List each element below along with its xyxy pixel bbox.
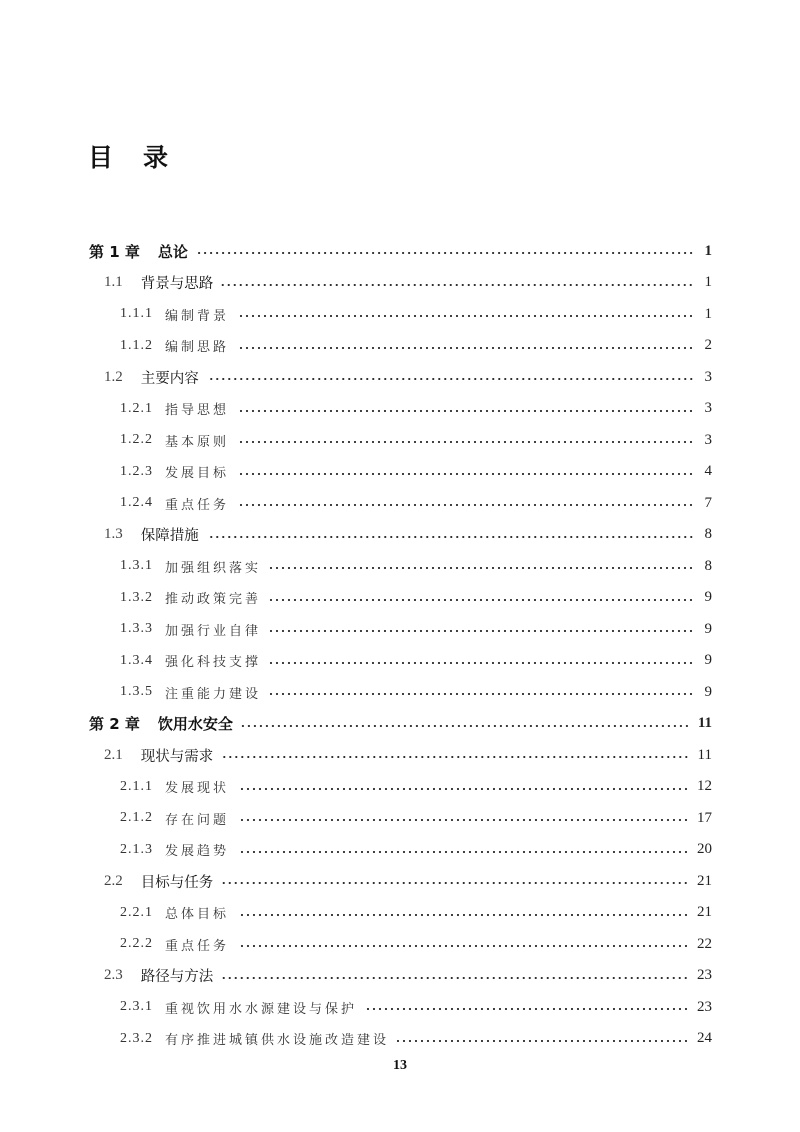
toc-number: 1.2.3 (120, 464, 153, 480)
toc-label: 基本原则 (165, 431, 229, 450)
toc-page: 7 (702, 495, 712, 512)
toc-entry-1-1[interactable]: 1.1背景与思路1 (104, 268, 712, 298)
dot-leader (241, 725, 690, 727)
dot-leader (269, 693, 694, 695)
toc-page: 8 (702, 558, 712, 575)
toc-number: 2.2.2 (120, 936, 153, 952)
toc-label: 重点任务 (165, 935, 229, 954)
toc-page: 4 (702, 463, 712, 480)
toc-number: 第 1 章 (89, 241, 140, 262)
toc-entry-2-1-2[interactable]: 2.1.2存在问题17 (120, 803, 712, 833)
toc-label: 重视饮用水水源建设与保护 (165, 998, 357, 1017)
toc-number: 1.1 (104, 274, 123, 291)
toc-label: 编制思路 (165, 336, 229, 355)
toc-number: 2.2.1 (120, 905, 153, 921)
toc-number: 1.3.4 (120, 653, 153, 669)
dot-leader (269, 662, 694, 664)
toc-page: 3 (702, 400, 712, 417)
toc-page: 8 (702, 526, 712, 543)
toc-number: 1.2.1 (120, 401, 153, 417)
toc-page: 20 (697, 841, 712, 858)
toc-label: 推动政策完善 (165, 588, 261, 607)
title-char-1: 目 (88, 138, 113, 174)
toc-label: 编制背景 (165, 305, 229, 324)
toc-number: 2.1.2 (120, 810, 153, 826)
toc-number: 1.3 (104, 526, 123, 543)
toc-label: 主要内容 (141, 367, 199, 388)
toc-number: 1.2.2 (120, 432, 153, 448)
dot-leader (237, 410, 694, 412)
dot-leader (207, 536, 694, 538)
toc-label: 加强组织落实 (165, 557, 261, 576)
toc-label: 有序推进城镇供水设施改造建设 (165, 1029, 389, 1048)
toc-page: 1 (702, 306, 712, 323)
toc-entry-2-3-1[interactable]: 2.3.1重视饮用水水源建设与保护23 (120, 992, 712, 1022)
toc-page: 24 (697, 1030, 712, 1047)
toc-number: 2.3.2 (120, 1031, 153, 1047)
toc-page: 9 (702, 621, 712, 638)
toc-entry-2-2-2[interactable]: 2.2.2重点任务22 (120, 929, 712, 959)
toc-number: 1.1.1 (120, 306, 153, 322)
toc-entry-1-3-4[interactable]: 1.3.4强化科技支撑9 (120, 646, 712, 676)
toc-number: 2.2 (104, 873, 123, 890)
toc-number: 1.2.4 (120, 495, 153, 511)
toc-label: 总体目标 (165, 903, 229, 922)
dot-leader (221, 284, 694, 286)
toc-entry-2-1-1[interactable]: 2.1.1发展现状12 (120, 772, 712, 802)
dot-leader (221, 977, 689, 979)
dot-leader (221, 756, 689, 758)
page-number: 13 (0, 1058, 800, 1074)
title-char-2: 录 (143, 138, 168, 174)
toc-label: 存在问题 (165, 809, 229, 828)
toc-page: 22 (697, 936, 712, 953)
toc-number: 1.1.2 (120, 338, 153, 354)
dot-leader (269, 567, 694, 569)
dot-leader (196, 252, 694, 254)
toc-number: 1.3.5 (120, 684, 153, 700)
toc-page: 9 (702, 652, 712, 669)
dot-leader (237, 504, 694, 506)
toc-entry-1-3-1[interactable]: 1.3.1加强组织落实8 (120, 551, 712, 581)
toc-entry-1-3[interactable]: 1.3保障措施8 (104, 520, 712, 550)
toc-entry-2-2[interactable]: 2.2目标与任务21 (104, 866, 712, 896)
toc-label: 总论 (158, 241, 188, 262)
toc-page: 23 (697, 967, 712, 984)
toc-page: 9 (702, 589, 712, 606)
toc-entry-chapter-1[interactable]: 第 1 章总论1 (89, 236, 712, 266)
page-title: 目录 (88, 138, 168, 174)
toc-page: 9 (702, 684, 712, 701)
toc-entry-1-3-5[interactable]: 1.3.5注重能力建设9 (120, 677, 712, 707)
dot-leader (237, 441, 694, 443)
toc-page: 3 (702, 432, 712, 449)
toc-entry-1-2[interactable]: 1.2主要内容3 (104, 362, 712, 392)
toc-page: 11 (698, 747, 712, 764)
dot-leader (237, 819, 689, 821)
dot-leader (237, 315, 694, 317)
toc-number: 2.3.1 (120, 999, 153, 1015)
toc-page: 12 (697, 778, 712, 795)
toc-page: 21 (697, 873, 712, 890)
toc-label: 目标与任务 (141, 871, 214, 892)
toc-number: 2.1.3 (120, 842, 153, 858)
toc-label: 饮用水安全 (158, 713, 233, 734)
dot-leader (207, 378, 694, 380)
toc-page: 21 (697, 904, 712, 921)
toc-number: 2.1 (104, 747, 123, 764)
toc-label: 现状与需求 (141, 745, 214, 766)
dot-leader (237, 945, 689, 947)
toc-entry-2-1-3[interactable]: 2.1.3发展趋势20 (120, 835, 712, 865)
toc-label: 发展现状 (165, 777, 229, 796)
toc-entry-1-2-4[interactable]: 1.2.4重点任务7 (120, 488, 712, 518)
toc-page: 11 (698, 715, 712, 732)
toc-number: 1.3.3 (120, 621, 153, 637)
toc-number: 2.3 (104, 967, 123, 984)
dot-leader (237, 347, 694, 349)
toc-entry-chapter-2[interactable]: 第 2 章饮用水安全11 (89, 709, 712, 739)
toc-entry-1-2-1[interactable]: 1.2.1指导思想3 (120, 394, 712, 424)
toc-number: 1.3.2 (120, 590, 153, 606)
toc-label: 路径与方法 (141, 965, 214, 986)
toc-label: 强化科技支撑 (165, 651, 261, 670)
toc-label: 保障措施 (141, 524, 199, 545)
toc-label: 背景与思路 (141, 272, 214, 293)
toc-entry-1-3-2[interactable]: 1.3.2推动政策完善9 (120, 583, 712, 613)
toc-label: 加强行业自律 (165, 620, 261, 639)
toc-entry-1-1-2[interactable]: 1.1.2编制思路2 (120, 331, 712, 361)
toc-label: 重点任务 (165, 494, 229, 513)
dot-leader (269, 630, 694, 632)
toc-entry-2-3-2[interactable]: 2.3.2有序推进城镇供水设施改造建设24 (120, 1024, 712, 1054)
toc-page: 2 (702, 337, 712, 354)
toc-label: 注重能力建设 (165, 683, 261, 702)
toc-page: 17 (697, 810, 712, 827)
dot-leader (221, 882, 689, 884)
toc-entry-1-1-1[interactable]: 1.1.1编制背景1 (120, 299, 712, 329)
dot-leader (397, 1040, 689, 1042)
dot-leader (237, 914, 689, 916)
toc-number: 1.2 (104, 369, 123, 386)
toc-entry-1-2-3[interactable]: 1.2.3发展目标4 (120, 457, 712, 487)
dot-leader (237, 473, 694, 475)
toc-entry-2-1[interactable]: 2.1现状与需求11 (104, 740, 712, 770)
toc-entry-1-2-2[interactable]: 1.2.2基本原则3 (120, 425, 712, 455)
dot-leader (237, 788, 689, 790)
toc-page: 23 (697, 999, 712, 1016)
toc-label: 指导思想 (165, 399, 229, 418)
toc-page: 3 (702, 369, 712, 386)
toc-entry-2-2-1[interactable]: 2.2.1总体目标21 (120, 898, 712, 928)
toc-entry-1-3-3[interactable]: 1.3.3加强行业自律9 (120, 614, 712, 644)
dot-leader (237, 851, 689, 853)
dot-leader (365, 1008, 689, 1010)
toc-entry-2-3[interactable]: 2.3路径与方法23 (104, 961, 712, 991)
toc-page: 1 (702, 274, 712, 291)
toc-number: 1.3.1 (120, 558, 153, 574)
toc-label: 发展趋势 (165, 840, 229, 859)
toc-number: 第 2 章 (89, 713, 140, 734)
toc-number: 2.1.1 (120, 779, 153, 795)
toc-label: 发展目标 (165, 462, 229, 481)
toc-page: 1 (702, 243, 712, 260)
dot-leader (269, 599, 694, 601)
